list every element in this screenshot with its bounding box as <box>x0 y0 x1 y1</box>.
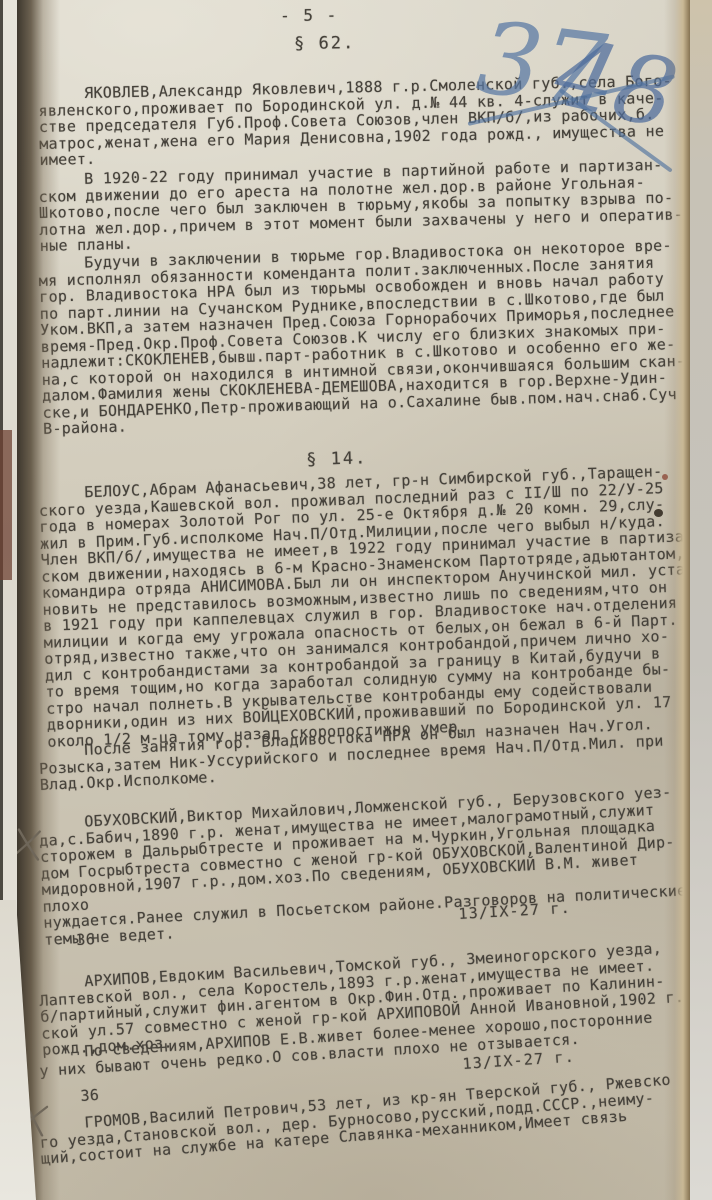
section-heading-62: § 62. <box>294 35 355 52</box>
page-number: - 5 - <box>280 7 338 24</box>
section-heading-14: § 14. <box>306 450 368 468</box>
document-scan: - 5 - § 62. ЯКОВЛЕВ,Александр Яковлевич,… <box>0 0 712 1200</box>
adjacent-page-edge <box>690 0 712 1200</box>
margin-number: 36 <box>76 931 96 948</box>
margin-number: 36 <box>80 1087 100 1105</box>
paragraph-imprisonment: Будучи в заключении в тюрьме гор.Владиво… <box>38 237 689 438</box>
paragraph-belous: БЕЛОУС,Абрам Афанасьевич,38 лет, гр-н Си… <box>38 462 693 749</box>
page-right-fold <box>664 0 692 1200</box>
spine-stain <box>0 430 12 580</box>
